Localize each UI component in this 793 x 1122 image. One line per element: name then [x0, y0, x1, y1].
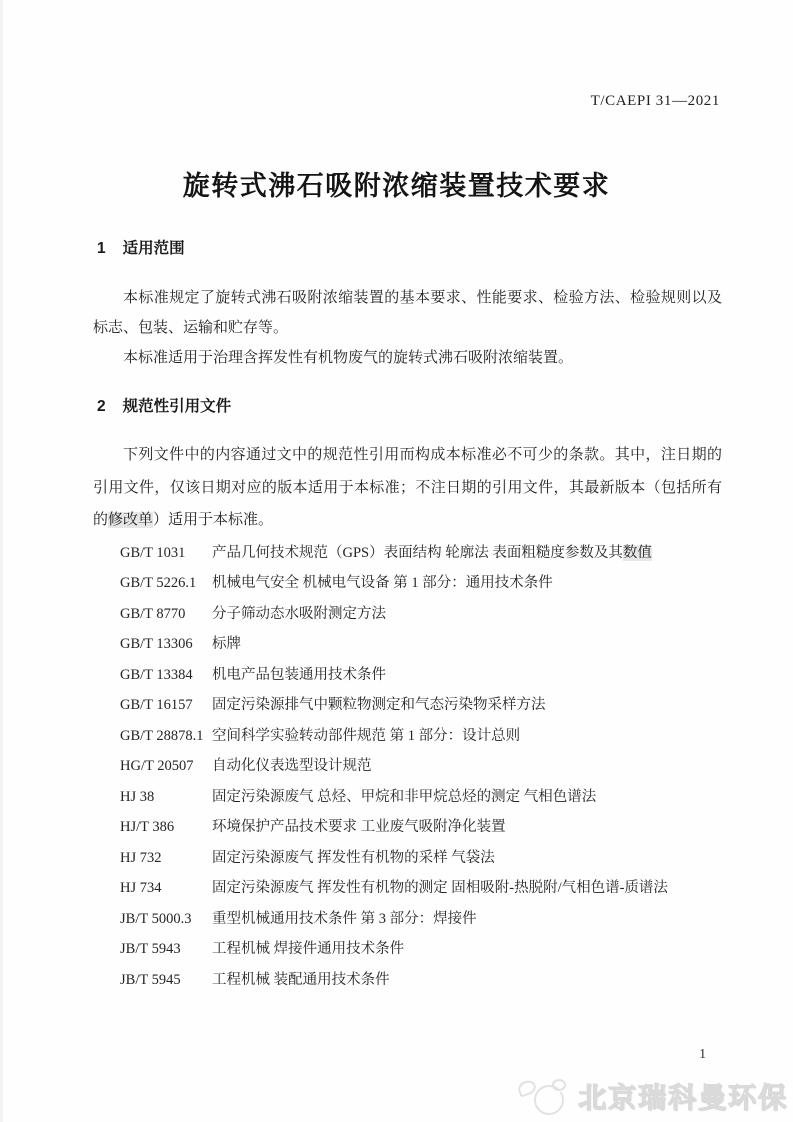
publisher-watermark: 北京瑞科曼环保: [518, 1076, 788, 1116]
reference-row: HG/T 20507自动化仪表选型设计规范: [120, 751, 722, 782]
reference-code: JB/T 5000.3: [120, 904, 212, 935]
reference-list: GB/T 1031产品几何技术规范（GPS）表面结构 轮廓法 表面粗糙度参数及其…: [120, 538, 722, 996]
section1-heading: 1 适用范围: [97, 236, 722, 258]
section2-label: 规范性引用文件: [123, 394, 232, 416]
reference-code: GB/T 1031: [120, 538, 212, 569]
reference-code: GB/T 8770: [120, 599, 212, 630]
reference-title: 工程机械 焊接件通用技术条件: [212, 934, 722, 965]
reference-title: 固定污染源废气 挥发性有机物的测定 固相吸附-热脱附/气相色谱-质谱法: [212, 873, 722, 904]
reference-row: HJ/T 386环境保护产品技术要求 工业废气吸附净化装置: [120, 812, 722, 843]
reference-row: GB/T 5226.1机械电气安全 机械电气设备 第 1 部分：通用技术条件: [120, 568, 722, 599]
reference-code: HJ 734: [120, 873, 212, 904]
reference-title: 机械电气安全 机械电气设备 第 1 部分：通用技术条件: [212, 568, 722, 599]
reference-row: HJ 734固定污染源废气 挥发性有机物的测定 固相吸附-热脱附/气相色谱-质谱…: [120, 873, 722, 904]
reference-code: HJ/T 386: [120, 812, 212, 843]
reference-code: GB/T 13306: [120, 629, 212, 660]
reference-code: JB/T 5943: [120, 934, 212, 965]
section2-number: 2: [97, 398, 106, 416]
standard-code: T/CAEPI 31—2021: [0, 93, 793, 110]
reference-title: 重型机械通用技术条件 第 3 部分：焊接件: [212, 904, 722, 935]
highlighted-text: 数值: [623, 545, 652, 561]
reference-code: JB/T 5945: [120, 965, 212, 996]
reference-code: GB/T 16157: [120, 690, 212, 721]
reference-row: GB/T 8770分子筛动态水吸附测定方法: [120, 599, 722, 630]
page-number: 1: [699, 1046, 706, 1062]
reference-code: GB/T 13384: [120, 660, 212, 691]
reference-code: GB/T 28878.1: [120, 721, 212, 752]
reference-title: 固定污染源废气 挥发性有机物的采样 气袋法: [212, 843, 722, 874]
reference-code: HJ 38: [120, 782, 212, 813]
reference-title: 空间科学实验转动部件规范 第 1 部分：设计总则: [212, 721, 722, 752]
reference-title: 自动化仪表选型设计规范: [212, 751, 722, 782]
watermark-logo-icon: [518, 1077, 570, 1115]
reference-code: GB/T 5226.1: [120, 568, 212, 599]
watermark-text: 北京瑞科曼环保: [578, 1076, 788, 1116]
reference-row: HJ 732固定污染源废气 挥发性有机物的采样 气袋法: [120, 843, 722, 874]
document-page: T/CAEPI 31—2021 旋转式沸石吸附浓缩装置技术要求 1 适用范围 本…: [0, 0, 793, 1122]
section2-heading: 2 规范性引用文件: [97, 394, 722, 416]
reference-code: HJ 732: [120, 843, 212, 874]
scope-paragraph-2: 本标准适用于治理含挥发性有机物废气的旋转式沸石吸附浓缩装置。: [93, 343, 722, 373]
reference-row: GB/T 28878.1空间科学实验转动部件规范 第 1 部分：设计总则: [120, 721, 722, 752]
reference-title: 标牌: [212, 629, 722, 660]
reference-title: 固定污染源排气中颗粒物测定和气态污染物采样方法: [212, 690, 722, 721]
document-title: 旋转式沸石吸附浓缩装置技术要求: [0, 164, 793, 203]
reference-row: GB/T 13306标牌: [120, 629, 722, 660]
section1-number: 1: [97, 240, 106, 258]
reference-row: GB/T 1031产品几何技术规范（GPS）表面结构 轮廓法 表面粗糙度参数及其…: [120, 538, 722, 569]
reference-title: 产品几何技术规范（GPS）表面结构 轮廓法 表面粗糙度参数及其数值: [212, 538, 722, 569]
reference-title: 机电产品包装通用技术条件: [212, 660, 722, 691]
section2-intro: 下列文件中的内容通过文中的规范性引用而构成本标准必不可少的条款。其中，注日期的引…: [93, 439, 722, 537]
reference-row: JB/T 5945工程机械 装配通用技术条件: [120, 965, 722, 996]
reference-row: JB/T 5943工程机械 焊接件通用技术条件: [120, 934, 722, 965]
reference-title: 固定污染源废气 总烃、甲烷和非甲烷总烃的测定 气相色谱法: [212, 782, 722, 813]
reference-title: 分子筛动态水吸附测定方法: [212, 599, 722, 630]
reference-row: HJ 38固定污染源废气 总烃、甲烷和非甲烷总烃的测定 气相色谱法: [120, 782, 722, 813]
scope-paragraph-1: 本标准规定了旋转式沸石吸附浓缩装置的基本要求、性能要求、检验方法、检验规则以及标…: [93, 283, 722, 343]
reference-row: GB/T 13384机电产品包装通用技术条件: [120, 660, 722, 691]
reference-title: 环境保护产品技术要求 工业废气吸附净化装置: [212, 812, 722, 843]
reference-code: HG/T 20507: [120, 751, 212, 782]
reference-title: 工程机械 装配通用技术条件: [212, 965, 722, 996]
reference-row: GB/T 16157固定污染源排气中颗粒物测定和气态污染物采样方法: [120, 690, 722, 721]
section1-label: 适用范围: [123, 236, 185, 258]
document-body: 1 适用范围 本标准规定了旋转式沸石吸附浓缩装置的基本要求、性能要求、检验方法、…: [93, 236, 722, 995]
reference-row: JB/T 5000.3重型机械通用技术条件 第 3 部分：焊接件: [120, 904, 722, 935]
highlighted-text: 修改单: [108, 512, 153, 528]
